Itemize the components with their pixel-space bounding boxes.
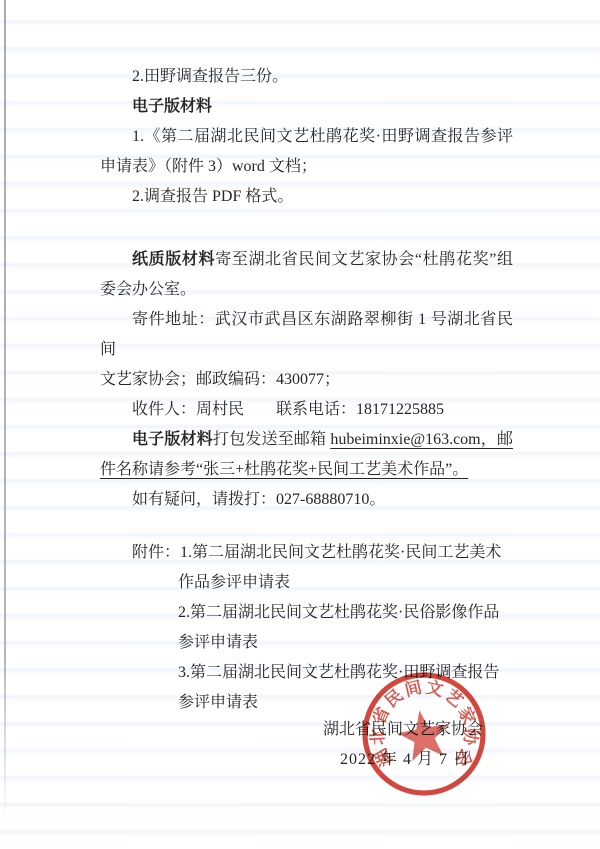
- text-line: 电子版材料打包发送至邮箱 hubeiminxie@163.com，邮: [100, 425, 513, 455]
- text-line: 寄件地址：武汉市武昌区东湖路翠柳街 1 号湖北省民间: [100, 305, 513, 365]
- text-segment: hubeiminxie@163.com，邮: [330, 431, 513, 448]
- text-segment: 参评申请表: [178, 694, 258, 711]
- text-line: 收件人：周村民 联系电话：18171225885: [100, 395, 513, 425]
- text-segment: 2.第二届湖北民间文艺杜鹃花奖·民俗影像作品: [178, 604, 499, 621]
- text-segment: 寄件地址：武汉市武昌区东湖路翠柳街 1 号湖北省民间: [100, 311, 513, 358]
- text-segment: 收件人：周村民 联系电话：18171225885: [132, 401, 444, 418]
- text-line: 附件：1.第二届湖北民间文艺杜鹃花奖·民间工艺美术: [132, 538, 513, 568]
- text-line: 委会办公室。: [100, 275, 513, 305]
- text-segment: 参评申请表: [178, 634, 258, 651]
- text-segment: 纸质版材料: [132, 251, 215, 268]
- text-segment: 委会办公室。: [100, 281, 196, 298]
- text-line: 如有疑问，请拨打：027-68880710。: [100, 485, 513, 515]
- seal-star-icon: [397, 710, 448, 761]
- text-segment: 电子版材料: [132, 98, 212, 115]
- text-line: 电子版材料: [100, 92, 513, 122]
- document-body: 2.田野调查报告三份。电子版材料1.《第二届湖北民间文艺杜鹃花奖·田野调查报告参…: [100, 62, 513, 718]
- text-segment: 寄至湖北省民间文艺家协会“杜鹃花奖”组: [215, 251, 513, 268]
- text-segment: 电子版材料: [132, 431, 213, 448]
- text-segment: 2.田野调查报告三份。: [132, 68, 288, 85]
- text-line: 申请表》（附件 3）word 文档；: [100, 152, 513, 182]
- text-segment: 1.《第二届湖北民间文艺杜鹃花奖·田野调查报告参评: [132, 128, 513, 145]
- scan-edge-line: [4, 0, 6, 820]
- text-line: 作品参评申请表: [178, 568, 513, 598]
- text-segment: 如有疑问，请拨打：027-68880710。: [132, 491, 385, 508]
- seal-ring-char: 文: [424, 677, 445, 700]
- text-segment: 件名称请参考“张三+杜鹃花奖+民间工艺美术作品”。: [100, 461, 468, 478]
- seal-ring-char: 北: [368, 728, 388, 746]
- text-segment: 文艺家协会；邮政编码：430077；: [100, 371, 340, 388]
- scanned-letter-page: 2.田野调查报告三份。电子版材料1.《第二届湖北民间文艺杜鹃花奖·田野调查报告参…: [0, 0, 600, 849]
- official-seal: 湖北省民间文艺家协会: [349, 659, 499, 809]
- seal-ring-char: 间: [403, 677, 424, 700]
- text-line: 件名称请参考“张三+杜鹃花奖+民间工艺美术作品”。: [100, 455, 513, 485]
- text-line: 2.调查报告 PDF 格式。: [100, 182, 513, 212]
- text-segment: 附件：1.第二届湖北民间文艺杜鹃花奖·民间工艺美术: [132, 544, 501, 561]
- text-segment: 申请表》（附件 3）word 文档；: [100, 158, 317, 175]
- text-line: 纸质版材料寄至湖北省民间文艺家协会“杜鹃花奖”组: [100, 245, 513, 275]
- text-line: 文艺家协会；邮政编码：430077；: [100, 365, 513, 395]
- text-segment: 作品参评申请表: [178, 574, 290, 591]
- seal-ring-char: 协: [460, 728, 481, 747]
- text-line: 参评申请表: [178, 628, 513, 658]
- text-segment: 2.调查报告 PDF 格式。: [132, 188, 293, 205]
- text-line: 2.田野调查报告三份。: [100, 62, 513, 92]
- text-segment: 打包发送至邮箱: [213, 431, 330, 448]
- text-line: 2.第二届湖北民间文艺杜鹃花奖·民俗影像作品: [178, 598, 513, 628]
- text-line: 1.《第二届湖北民间文艺杜鹃花奖·田野调查报告参评: [100, 122, 513, 152]
